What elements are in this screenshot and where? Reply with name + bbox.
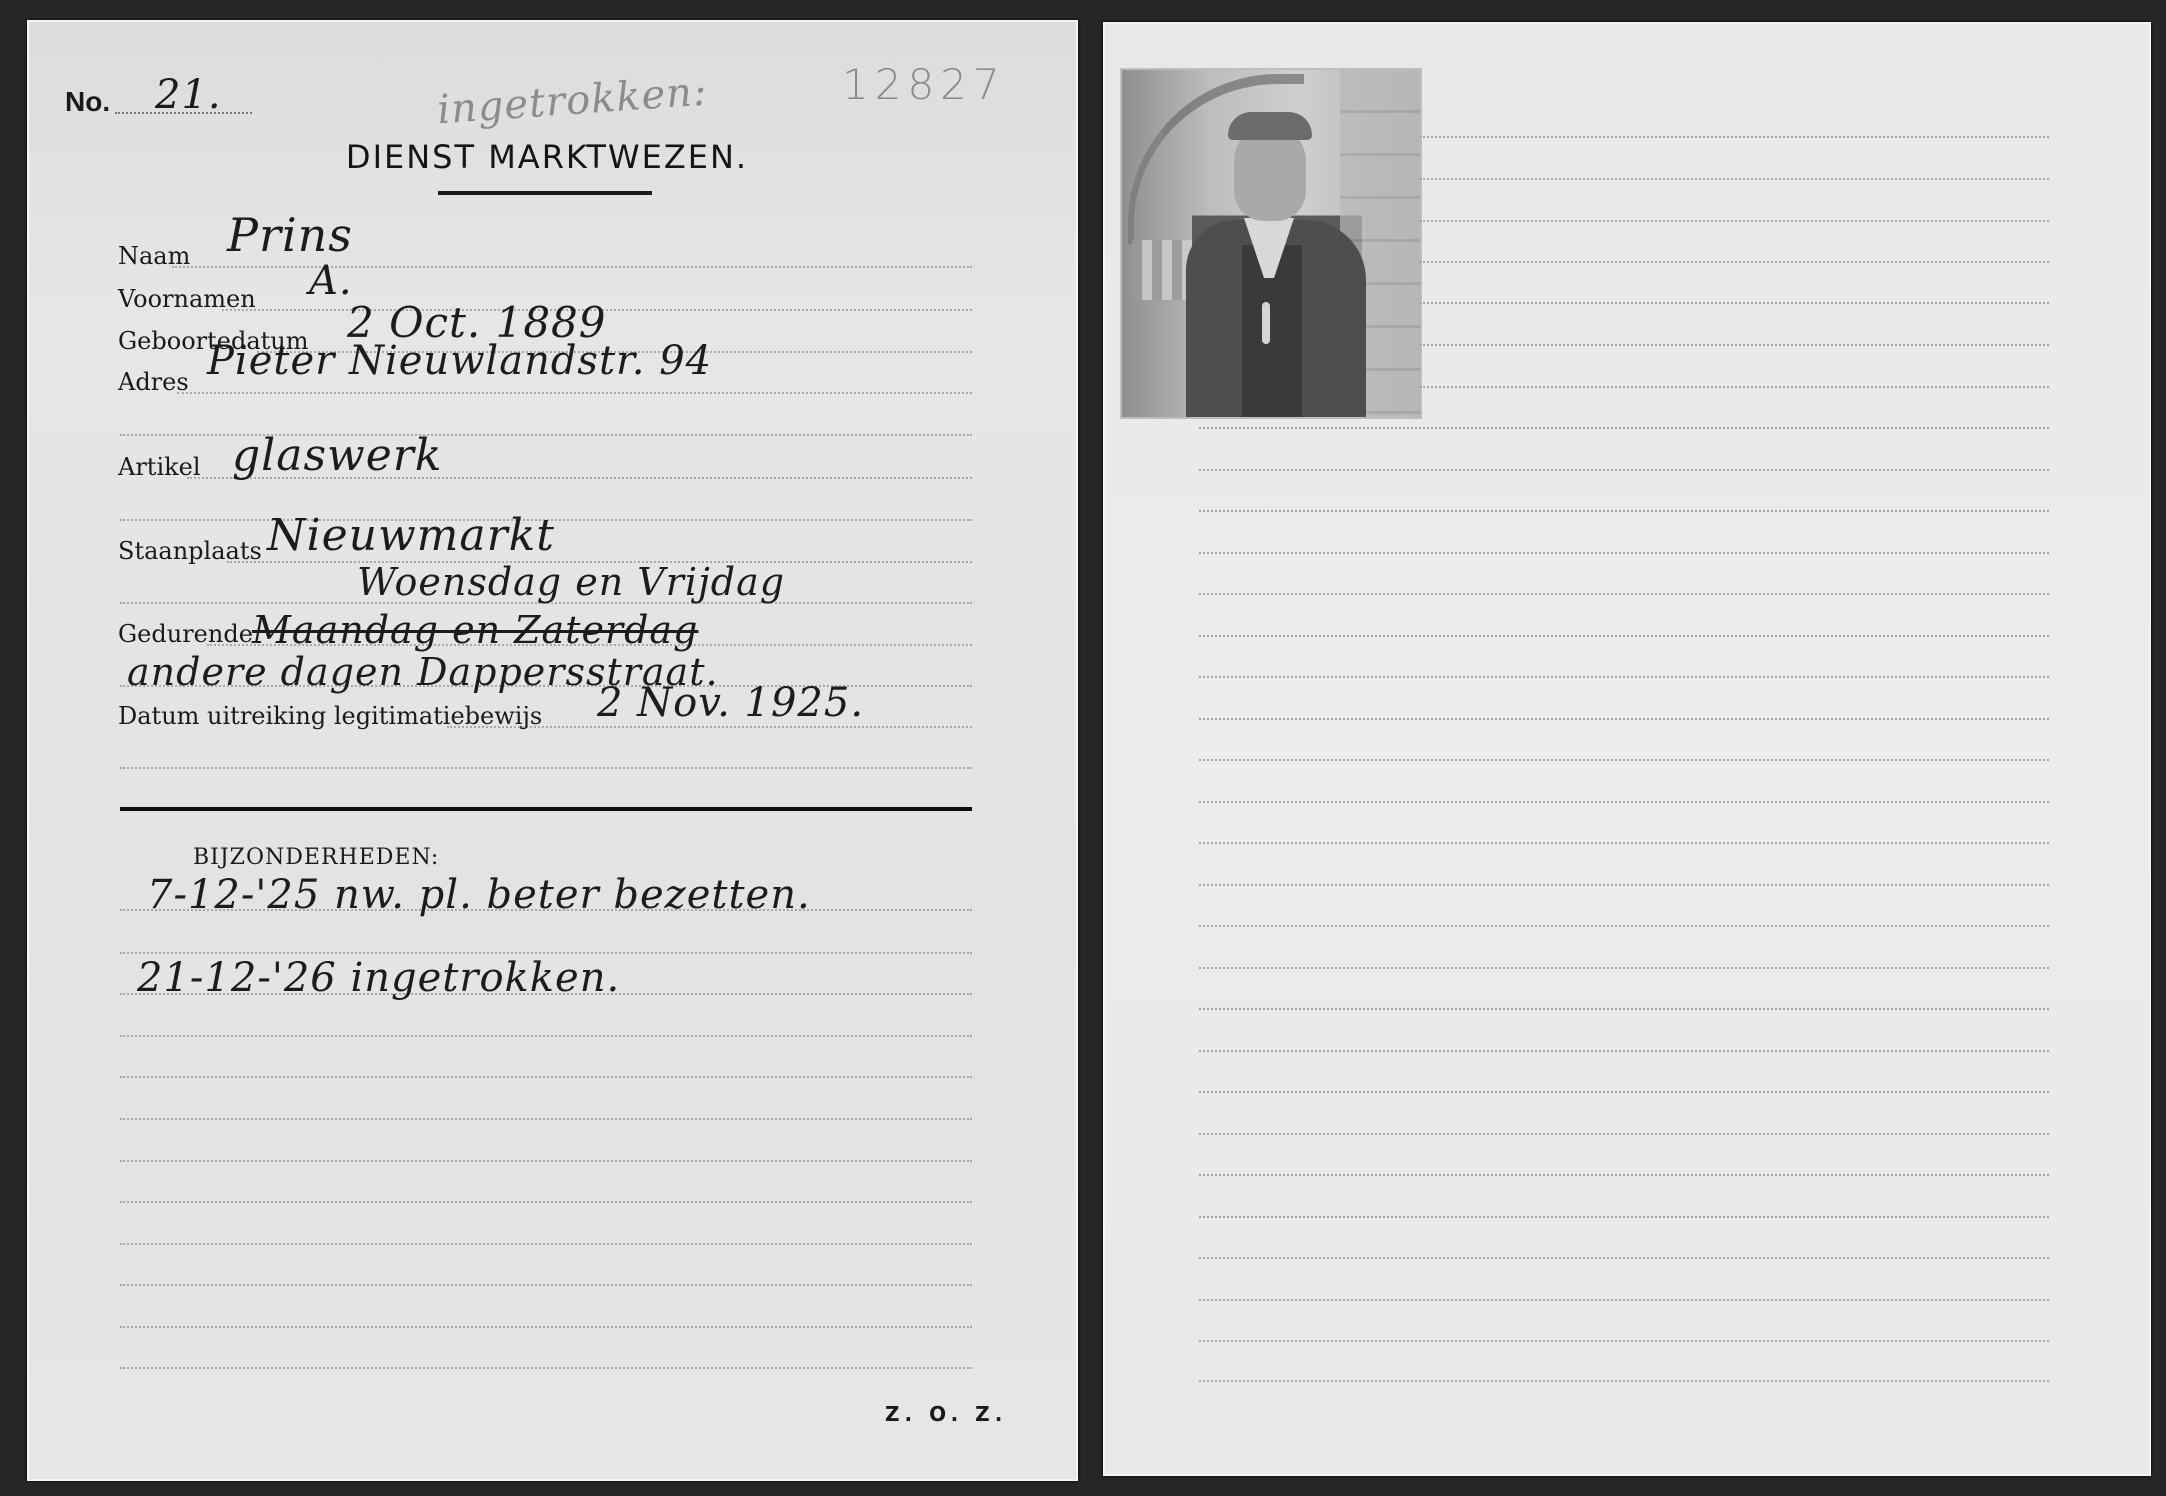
photo-watch-chain <box>1262 302 1270 344</box>
number-label: No. <box>65 86 110 118</box>
registration-card-back <box>1103 22 2151 1476</box>
label-staanplaats: Staanplaats <box>118 537 262 565</box>
section-divider <box>120 807 972 811</box>
label-gedurende: Gedurende <box>118 620 253 648</box>
pencil-annotation: ingetrokken: <box>436 69 709 134</box>
label-artikel: Artikel <box>118 453 201 481</box>
pencil-number: 12827 <box>842 60 1006 109</box>
value-datum-uitreiking: 2 Nov. 1925. <box>597 680 864 726</box>
photo-balustrade <box>1132 240 1192 300</box>
label-datum-uitreiking: Datum uitreiking legitimatiebewijs <box>118 702 542 730</box>
title-rule <box>438 191 652 195</box>
card-title: DIENST MARKTWEZEN. <box>264 138 830 176</box>
remark-2: 21-12-'26 ingetrokken. <box>137 955 620 1001</box>
value-adres: Pieter Nieuwlandstr. 94 <box>207 338 712 384</box>
label-adres: Adres <box>118 368 189 396</box>
value-staanplaats: Nieuwmarkt <box>267 510 555 561</box>
value-gedurende-added: Woensdag en Vrijdag <box>357 560 785 604</box>
photo-cap <box>1228 112 1312 140</box>
number-value: 21. <box>155 72 222 118</box>
value-naam: Prins <box>227 208 353 262</box>
label-voornamen: Voornamen <box>118 285 256 313</box>
registration-card-front: No. 21. ingetrokken: 12827 DIENST MARKTW… <box>27 20 1078 1481</box>
remarks-label: BIJZONDERHEDEN: <box>193 845 439 870</box>
value-gedurende-struck: Maandag en Zaterdag <box>252 608 698 652</box>
label-naam: Naam <box>118 242 190 270</box>
portrait-photo <box>1122 70 1420 417</box>
value-artikel: glaswerk <box>232 430 442 481</box>
remark-1: 7-12-'25 nw. pl. beter bezetten. <box>147 872 811 918</box>
footer-zoz: Z. O. Z. <box>885 1402 1007 1426</box>
